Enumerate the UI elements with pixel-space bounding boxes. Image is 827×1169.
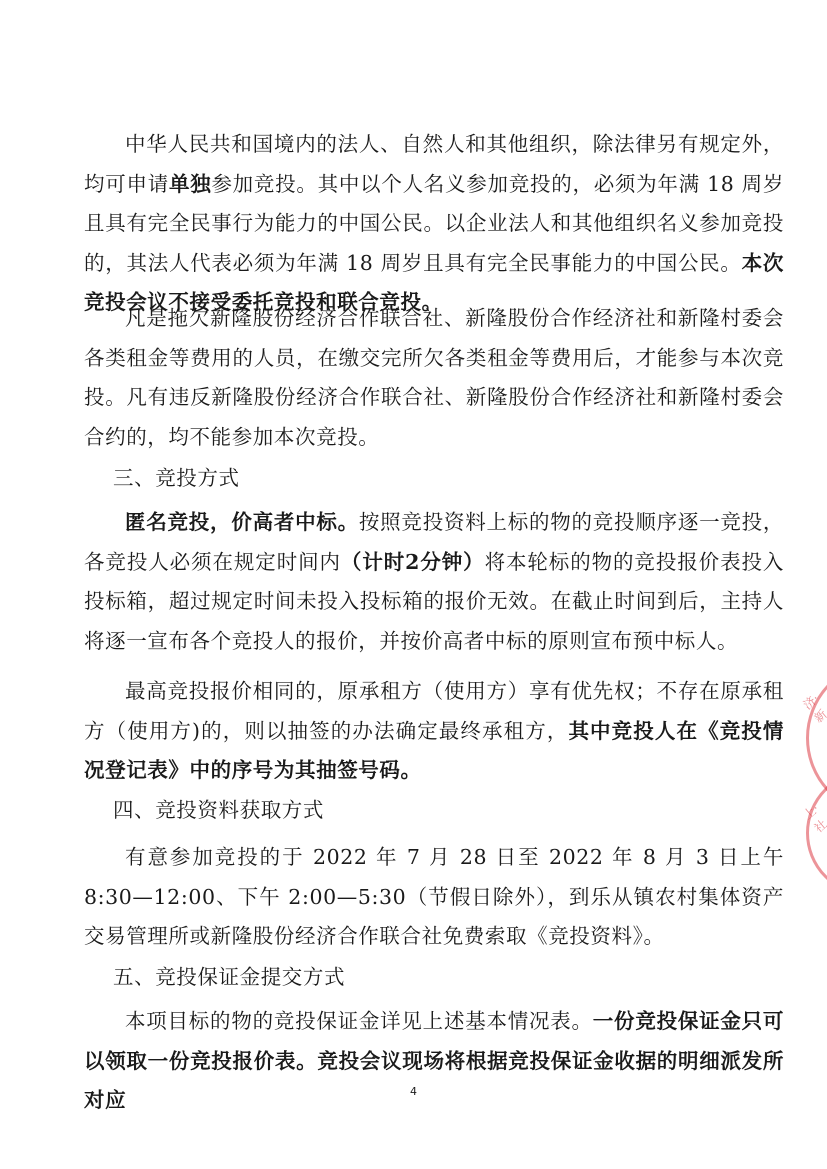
section-heading-4: 四、竞投资料获取方式	[84, 791, 784, 831]
heading-text: 三、竞投方式	[113, 466, 240, 490]
document-page: 中华人民共和国境内的法人、自然人和其他组织，除法律另有规定外，均可申请单独参加竞…	[0, 0, 827, 1169]
paragraph-arrears: 凡是拖欠新隆股份经济合作联合社、新隆股份合作经济社和新隆村委会各类租金等费用的人…	[84, 299, 784, 457]
text-segment: 凡是拖欠新隆股份经济合作联合社、新隆股份合作经济社和新隆村委会各类租金等费用的人…	[84, 306, 784, 449]
heading-text: 五、竞投保证金提交方式	[113, 965, 345, 989]
paragraph-eligibility: 中华人民共和国境内的法人、自然人和其他组织，除法律另有规定外，均可申请单独参加竞…	[84, 125, 784, 323]
text-segment: 本项目标的物的竞投保证金详见上述基本情况表。	[125, 1009, 593, 1033]
paragraph-materials: 有意参加竞投的于 2022 年 7 月 28 日至 2022 年 8 月 3 日…	[84, 838, 784, 957]
page-number: 4	[0, 1085, 827, 1098]
text-segment: 有意参加竞投的于 2022 年 7 月 28 日至 2022 年 8 月 3 日…	[84, 845, 784, 948]
bold-text-segment: （计时2分钟）	[341, 550, 485, 574]
paragraph-deposit: 本项目标的物的竞投保证金详见上述基本情况表。一份竞投保证金只可以领取一份竞投报价…	[84, 1002, 784, 1121]
paragraph-bidding-method: 匿名竞投，价高者中标。按照竞投资料上标的物的竞投顺序逐一竞投，各竞投人必须在规定…	[84, 503, 784, 661]
heading-text: 四、竞投资料获取方式	[113, 798, 324, 822]
paragraph-tie-rule: 最高竞投报价相同的，原承租方（使用方）享有优先权；不存在原承租方（使用方)的，则…	[84, 672, 784, 791]
section-heading-5: 五、竞投保证金提交方式	[84, 958, 784, 998]
section-heading-3: 三、竞投方式	[84, 459, 784, 499]
bold-text-segment: 匿名竞投，价高者中标。	[125, 510, 359, 534]
bold-text-segment: 单独	[169, 172, 211, 196]
